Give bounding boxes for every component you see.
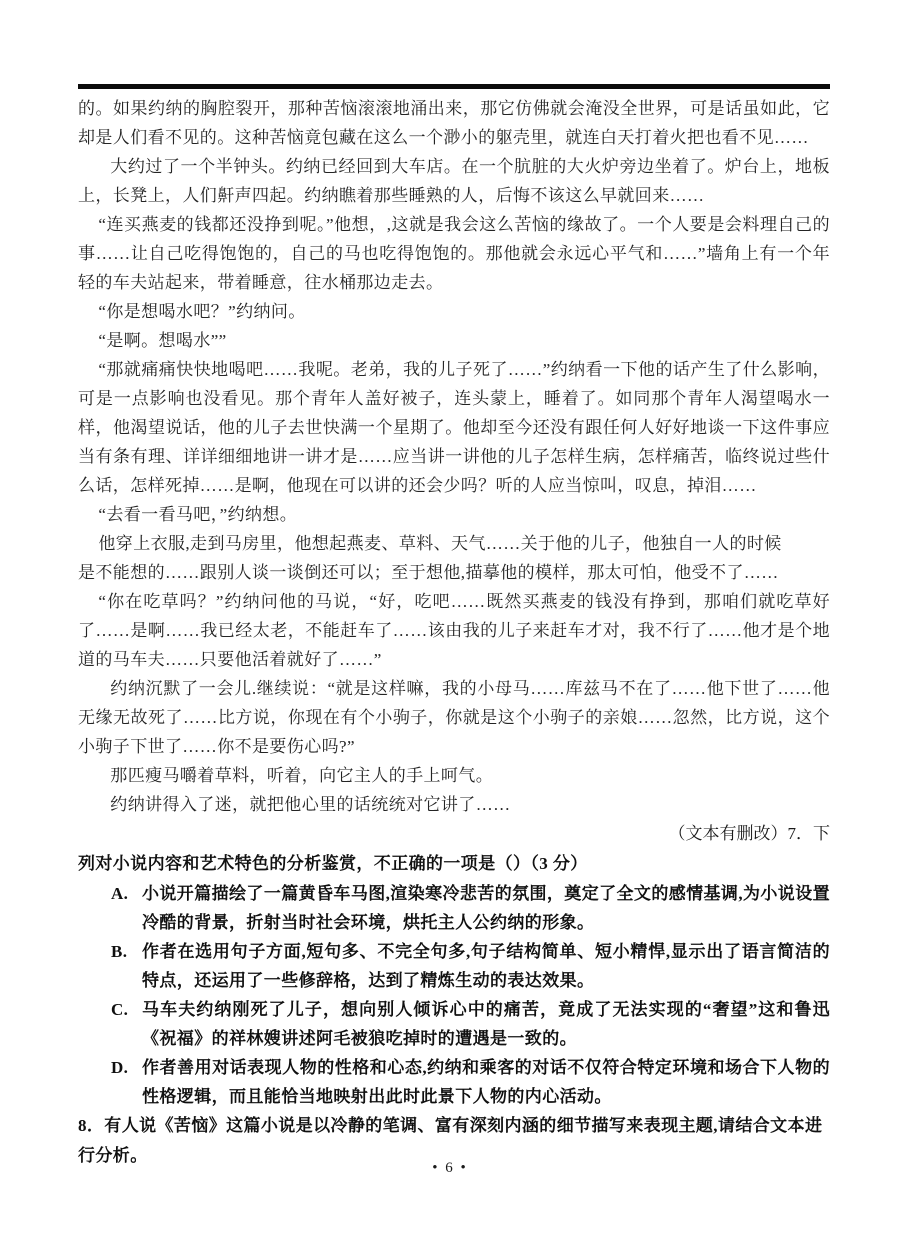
top-rule-divider (78, 84, 830, 89)
passage-paragraph: 约纳沉默了一会儿.继续说：“就是这样嘛，我的小母马……库兹马不在了……他下世了…… (78, 674, 830, 761)
option-a: A. 小说开篇描绘了一篇黄昏车马图,渲染寒冷悲苦的氛围，奠定了全文的感情基调,为… (111, 879, 830, 937)
passage-paragraph: “连买燕麦的钱都还没挣到呢。”他想，,这就是我会这么苦恼的缘故了。一个人要是会料… (78, 210, 830, 297)
option-a-label: A. (111, 879, 142, 937)
source-note: （文本有删改）7．下 (78, 819, 830, 849)
question-7-stem: 列对小说内容和艺术特色的分析鉴赏，不正确的一项是（）（3 分） (78, 849, 830, 879)
option-d-text: 作者善用对话表现人物的性格和心态,约纳和乘客的对话不仅符合特定环境和场合下人物的… (142, 1053, 830, 1111)
option-d-label: D. (111, 1053, 142, 1111)
option-a-text: 小说开篇描绘了一篇黄昏车马图,渲染寒冷悲苦的氛围，奠定了全文的感情基调,为小说设… (142, 879, 830, 937)
option-d: D. 作者善用对话表现人物的性格和心态,约纳和乘客的对话不仅符合特定环境和场合下… (111, 1053, 830, 1111)
option-b: B. 作者在选用句子方面,短句多、不完全句多,句子结构简单、短小精悍,显示出了语… (111, 937, 830, 995)
passage-paragraph: 他穿上衣服,走到马房里，他想起燕麦、草料、天气……关于他的儿子，他独自一人的时候 (78, 529, 830, 558)
passage-paragraph: 大约过了一个半钟头。约纳已经回到大车店。在一个肮脏的大火炉旁边坐着了。炉台上，地… (78, 152, 830, 210)
passage-paragraph: “你在吃草吗？”约纳问他的马说，“好，吃吧……既然买燕麦的钱没有挣到，那咱们就吃… (78, 587, 830, 674)
reading-passage: 的。如果约纳的胸腔裂开，那种苦恼滚滚地涌出来，那它仿佛就会淹没全世界，可是话虽如… (78, 94, 830, 819)
page-content: 的。如果约纳的胸腔裂开，那种苦恼滚滚地涌出来，那它仿佛就会淹没全世界，可是话虽如… (78, 84, 830, 1171)
passage-paragraph: 那匹瘦马嚼着草料，听着，向它主人的手上呵气。 (78, 761, 830, 790)
page-number: • 6 • (0, 1160, 900, 1177)
passage-paragraph: “是啊。想喝水”” (78, 326, 830, 355)
option-c-label: C. (111, 995, 142, 1053)
question-7-options: A. 小说开篇描绘了一篇黄昏车马图,渲染寒冷悲苦的氛围，奠定了全文的感情基调,为… (78, 879, 830, 1111)
passage-paragraph: “那就痛痛快快地喝吧……我呢。老弟，我的儿子死了……”约纳看一下他的话产生了什么… (78, 355, 830, 500)
option-c-text: 马车夫约纳刚死了儿子，想向别人倾诉心中的痛苦，竟成了无法实现的“奢望”这和鲁迅《… (142, 995, 830, 1053)
document-page: 的。如果约纳的胸腔裂开，那种苦恼滚滚地涌出来，那它仿佛就会淹没全世界，可是话虽如… (0, 0, 900, 1246)
option-b-label: B. (111, 937, 142, 995)
passage-paragraph: “去看一看马吧，”约纳想。 (78, 500, 830, 529)
passage-paragraph: 约纳讲得入了迷，就把他心里的话统统对它讲了…… (78, 790, 830, 819)
passage-paragraph: “你是想喝水吧？”约纳问。 (78, 297, 830, 326)
passage-paragraph: 是不能想的……跟别人谈一谈倒还可以；至于想他,描摹他的模样，那太可怕，他受不了…… (78, 558, 830, 587)
option-c: C. 马车夫约纳刚死了儿子，想向别人倾诉心中的痛苦，竟成了无法实现的“奢望”这和… (111, 995, 830, 1053)
option-b-text: 作者在选用句子方面,短句多、不完全句多,句子结构简单、短小精悍,显示出了语言简洁… (142, 937, 830, 995)
passage-paragraph: 的。如果约纳的胸腔裂开，那种苦恼滚滚地涌出来，那它仿佛就会淹没全世界，可是话虽如… (78, 94, 830, 152)
